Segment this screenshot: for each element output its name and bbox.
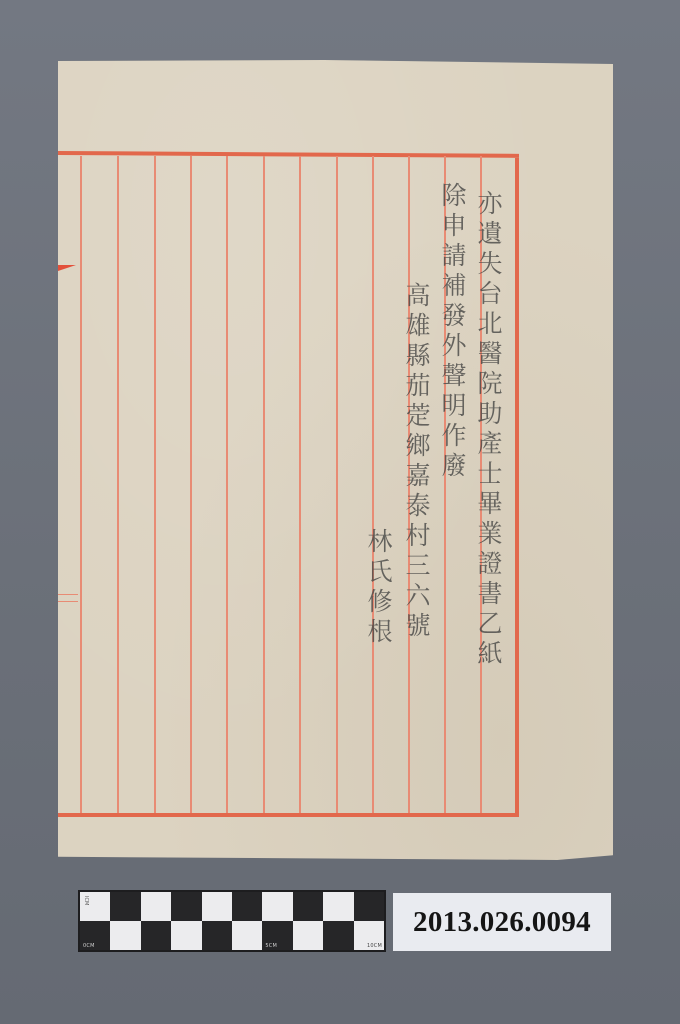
scale-square xyxy=(141,921,171,950)
ruling-line xyxy=(117,156,119,813)
ruling-line xyxy=(226,156,228,813)
ruling-line xyxy=(336,156,338,813)
scale-square: ICM xyxy=(80,892,110,921)
scale-square xyxy=(232,892,262,921)
red-frame-bottom xyxy=(58,813,515,817)
scale-square xyxy=(110,892,140,921)
document-sheet: 亦遺失台北醫院助產士畢業證書乙紙 除申請補發外聲明作廢 高雄縣茄萣鄉嘉泰村三六號… xyxy=(58,60,613,860)
scale-square xyxy=(141,892,171,921)
scale-square xyxy=(202,921,232,950)
ruling-line xyxy=(154,156,156,813)
ruling-line xyxy=(299,156,301,813)
scale-bar: ICM 0CM 5CM 10CM xyxy=(78,890,386,952)
scale-square xyxy=(110,921,140,950)
red-frame-top xyxy=(58,151,519,158)
scale-square xyxy=(171,892,201,921)
handwriting-line-2: 除申請補發外聲明作廢 xyxy=(440,182,465,482)
scale-label-5cm: 5CM xyxy=(265,943,277,949)
scale-label-0cm: 0CM xyxy=(83,943,95,949)
scale-side-label: ICM xyxy=(83,896,89,905)
scale-square xyxy=(323,892,353,921)
scale-square xyxy=(293,892,323,921)
accession-number-card: 2013.026.0094 xyxy=(393,893,611,951)
handwriting-line-1: 亦遺失台北醫院助產士畢業證書乙紙 xyxy=(476,190,501,670)
scale-square xyxy=(202,892,232,921)
scale-square xyxy=(323,921,353,950)
ruling-line xyxy=(80,156,82,813)
red-frame-right xyxy=(515,158,519,817)
ruling-line xyxy=(372,156,374,813)
handwriting-line-3: 高雄縣茄萣鄉嘉泰村三六號 xyxy=(404,282,429,642)
scale-square xyxy=(293,921,323,950)
scale-square xyxy=(171,921,201,950)
scale-square: 0CM xyxy=(80,921,110,950)
ruling-line xyxy=(263,156,265,813)
ruling-line xyxy=(190,156,192,813)
scale-square xyxy=(354,892,384,921)
scale-square xyxy=(232,921,262,950)
scale-square: 10CM xyxy=(354,921,384,950)
accession-number: 2013.026.0094 xyxy=(413,906,591,939)
scale-square xyxy=(262,892,292,921)
scale-square: 5CM xyxy=(262,921,292,950)
red-double-tick xyxy=(58,594,78,602)
scale-label-10cm: 10CM xyxy=(367,943,382,949)
red-fold-mark xyxy=(58,265,76,281)
handwriting-signature: 林氏修根 xyxy=(366,528,391,648)
